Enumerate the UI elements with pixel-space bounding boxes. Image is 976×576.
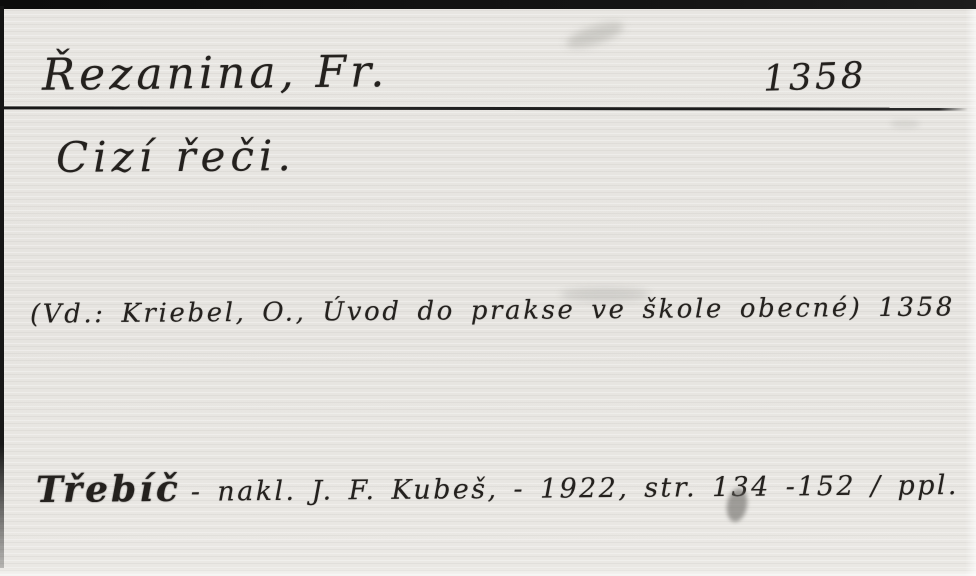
- imprint-detail: - nakl. J. F. Kubeš, - 1922, str. 134 -1…: [191, 470, 959, 508]
- scan-smudge: [890, 120, 920, 128]
- card-edge-bottom: [0, 568, 976, 576]
- imprint-line: Třebíč- nakl. J. F. Kubeš, - 1922, str. …: [36, 464, 959, 508]
- scan-edge-top: [0, 0, 976, 9]
- imprint-place: Třebíč: [36, 468, 181, 511]
- catalog-card-scan: Řezanina, Fr. 1358 Cizí řeči. (Vd.: Krie…: [0, 0, 976, 576]
- card-edge-right: [965, 9, 976, 576]
- subject-title: Cizí řeči.: [56, 135, 296, 179]
- catalog-number: 1358: [762, 58, 867, 98]
- scan-edge-left: [0, 6, 4, 568]
- author-heading: Řezanina, Fr.: [42, 50, 389, 98]
- reference-note: (Vd.: Kriebel, O., Úvod do prakse ve ško…: [30, 294, 955, 327]
- scan-smudge: [564, 17, 627, 53]
- heading-divider-rule: [0, 106, 968, 110]
